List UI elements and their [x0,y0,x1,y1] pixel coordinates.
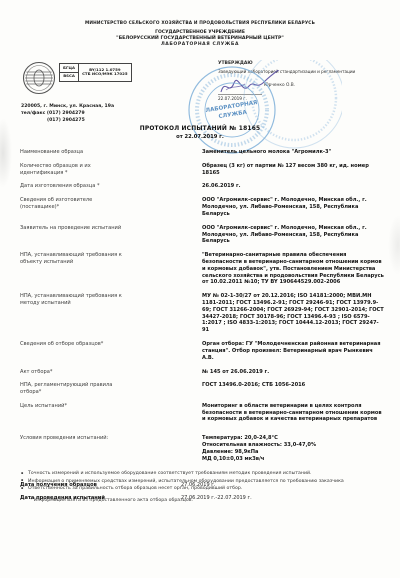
table-row: Условия проведения испытаний: Температур… [20,435,384,462]
organization-logo-icon [21,60,57,100]
date-label: Дата получения образцов [20,482,181,488]
row-label: Цель испытаний* [20,403,122,423]
table-row: Сведения об отборе образцов* Орган отбор… [20,341,384,361]
approval-block: УТВЕРЖДАЮ Заведующий лабораторией станда… [218,61,384,101]
row-value: № 145 от 26.06.2019 г. [202,369,384,376]
scanned-protocol-page: МИНИСТЕРСТВО СЕЛЬСКОГО ХОЗЯЙСТВА И ПРОДО… [0,0,400,578]
protocol-title: ПРОТОКОЛ ИСПЫТАНИЙ № 18165 [0,126,400,132]
phone-line-2: (017) 2904275 [21,118,114,125]
row-label: Сведения об отборе образцов* [20,341,122,361]
table-row: Цель испытаний* Мониторинг в области вет… [20,403,384,423]
institution-name-line: "БЕЛОРУССКИЙ ГОСУДАРСТВЕННЫЙ ВЕТЕРИНАРНЫ… [0,36,400,41]
approval-label: УТВЕРЖДАЮ [218,61,384,66]
date-label: Дата проведения испытаний [20,495,181,501]
contact-block: 220005, г. Минск, ул. Красная, 19а тел/ф… [21,104,114,125]
table-row: Наименование образца Заменитель цельного… [20,149,384,156]
table-row: Количество образцов и их идентификация *… [20,163,384,177]
row-value: ООО "Агромилк-сервис" г. Молодечно, Минс… [202,197,384,217]
address-line: 220005, г. Минск, ул. Красная, 19а [21,104,114,111]
row-label: Условия проведения испытаний: [20,435,122,462]
row-label: НПА, регламентирующий правила отбора* [20,382,122,395]
row-label: Дата изготовления образца * [20,183,122,190]
row-value: Температура: 20,0-24,8°С Относительная в… [202,435,384,462]
row-value: ГОСТ 13496.0-2016; СТБ 1056-2016 [202,382,384,395]
row-label: Наименование образца [20,149,122,156]
accreditation-standard: СТБ ИСО/МЭК 17025 [82,72,127,77]
row-label: НПА, устанавливающий требования к методу… [20,293,122,334]
row-value: ООО "Агромилк-сервис" г. Молодечно, Минс… [202,225,384,245]
accreditation-abbr-cyr: БГЦА [60,64,79,73]
accreditation-cert-cell: BY/112 1.0759 СТБ ИСО/МЭК 17025 [79,64,131,82]
row-value: МУ № 02-1-30/27 от 20.12.2016; ISO 14181… [202,293,384,334]
protocol-title-block: ПРОТОКОЛ ИСПЫТАНИЙ № 18165 от 22.07.2019… [0,126,400,140]
protocol-fields-table: Наименование образца Заменитель цельного… [0,149,400,505]
date-value: 27.06.2019 г. [181,482,384,488]
table-row: Заявитель на проведение испытаний ООО "А… [20,225,384,245]
row-value: Заменитель цельного молока "Агромилк-3" [202,149,384,156]
table-row: НПА, устанавливающий требования к объект… [20,252,384,286]
row-label: НПА, устанавливающий требования к объект… [20,252,122,286]
table-row: Сведения об изготовителе (поставщике)* О… [20,197,384,217]
table-row: Дата проведения испытаний 27.06.2019 г.-… [20,495,384,501]
ministry-line: МИНИСТЕРСТВО СЕЛЬСКОГО ХОЗЯЙСТВА И ПРОДО… [0,21,400,26]
row-label: Заявитель на проведение испытаний [20,225,122,245]
note-item: Точность измерений и используемое оборуд… [20,471,384,478]
row-label: Акт отбора* [20,369,122,376]
signature-area: Юрченко О.В. [218,74,384,96]
table-row: НПА, регламентирующий правила отбора* ГО… [20,382,384,395]
table-row: Акт отбора* № 145 от 26.06.2019 г. [20,369,384,376]
institution-type-line: ГОСУДАРСТВЕННОЕ УЧРЕЖДЕНИЕ [0,30,400,35]
row-value: Орган отбора: ГУ "Молодечненская районна… [202,341,384,361]
row-value: "Ветеринарно-санитарные правила обеспече… [202,252,384,286]
stamp-text-line1: ЛАБОРАТОРНАЯ [205,100,258,114]
row-label: Сведения об изготовителе (поставщике)* [20,197,122,217]
phone-line-1: тел/факс (017) 2904279 [21,111,114,118]
table-row: НПА, устанавливающий требования к методу… [20,293,384,334]
table-row: Дата изготовления образца * 26.06.2019 г… [20,183,384,190]
accreditation-mark: БГЦА BY/112 1.0759 СТБ ИСО/МЭК 17025 BSC… [59,63,132,82]
approver-name: Юрченко О.В. [264,83,295,88]
protocol-date: от 22.07.2019 г. [0,134,400,140]
accreditation-abbr-lat: BSCA [60,72,79,81]
stamp-text-line2: СЛУЖБА [218,110,248,120]
document-header: МИНИСТЕРСТВО СЕЛЬСКОГО ХОЗЯЙСТВА И ПРОДО… [0,21,400,47]
row-value: 26.06.2019 г. [202,183,384,190]
table-row: Дата получения образцов 27.06.2019 г. [20,482,384,488]
row-value: Образец (3 кг) от партии № 127 весом 380… [202,163,384,177]
date-value: 27.06.2019 г.-22.07.2019 г. [181,495,384,501]
result-dates-block: Дата получения образцов 27.06.2019 г. Да… [0,482,400,507]
row-value: Мониторинг в области ветеринарии в целях… [202,403,384,423]
department-line: ЛАБОРАТОРНАЯ СЛУЖБА [0,42,400,47]
row-label: Количество образцов и их идентификация * [20,163,122,177]
